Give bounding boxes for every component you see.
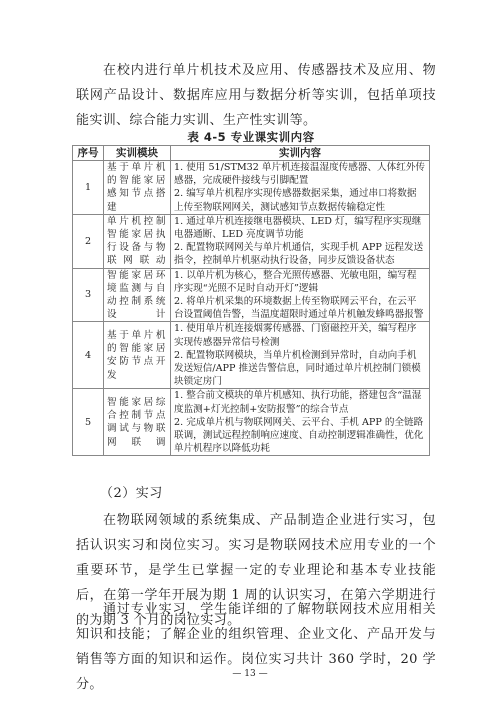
- row-num: 5: [73, 389, 104, 456]
- content-item: 2. 完成单片机与物联网网关、云平台、手机 APP 的全链路联调，测试远程控制响…: [174, 416, 426, 456]
- row-content: 1. 整合前文模块的单片机感知、执行功能，搭建包含“温湿度监测+灯光控制+安防报…: [171, 389, 430, 456]
- row-num: 1: [73, 161, 104, 215]
- content-item: 2. 编写单片机程序实现传感器数据采集，通过串口将数据上传至物联网网关，测试感知…: [174, 187, 426, 213]
- training-content-table: 序号 实训模块 实训内容 1 基于单片机的智能家居感知节点搭建 1. 使用 51…: [72, 145, 430, 456]
- table-header-row: 序号 实训模块 实训内容: [73, 146, 430, 161]
- row-module: 单片机控制智能家居执行设备与物联网联动: [104, 214, 171, 268]
- content-item: 2. 配置物联网网关与单片机通信，实现手机 APP 远程发送指令，控制单片机驱动…: [174, 241, 426, 267]
- row-num: 3: [73, 268, 104, 322]
- row-num: 4: [73, 322, 104, 389]
- row-content: 1. 以单片机为核心，整合光照传感器、光敏电阻，编写程序实现“光照不足时自动开灯…: [171, 268, 430, 322]
- content-item: 1. 使用单片机连接烟雾传感器、门窗磁控开关，编写程序实现传感器异常信号检测: [174, 322, 426, 348]
- header-num: 序号: [73, 146, 104, 161]
- table-row: 3 智能家居环境监测与自动控制系统设计 1. 以单片机为核心，整合光照传感器、光…: [73, 268, 430, 322]
- row-num: 2: [73, 214, 104, 268]
- row-module: 智能家居环境监测与自动控制系统设计: [104, 268, 171, 322]
- row-content: 1. 通过单片机连接继电器模块、LED 灯，编写程序实现继电器通断、LED 亮度…: [171, 214, 430, 268]
- table-row: 5 智能家居综合控制节点调试与物联网联调 1. 整合前文模块的单片机感知、执行功…: [73, 389, 430, 456]
- content-item: 1. 通过单片机连接继电器模块、LED 灯，编写程序实现继电器通断、LED 亮度…: [174, 215, 426, 241]
- content-item: 1. 整合前文模块的单片机感知、执行功能，搭建包含“温湿度监测+灯光控制+安防报…: [174, 389, 426, 415]
- row-module: 基于单片机的智能家居感知节点搭建: [104, 161, 171, 215]
- table-row: 1 基于单片机的智能家居感知节点搭建 1. 使用 51/STM32 单片机连接温…: [73, 161, 430, 215]
- row-content: 1. 使用单片机连接烟雾传感器、门窗磁控开关，编写程序实现传感器异常信号检测 2…: [171, 322, 430, 389]
- table-caption: 表 4-5 专业课实训内容: [72, 129, 430, 145]
- row-content: 1. 使用 51/STM32 单片机连接温湿度传感器、人体红外传感器，完成硬件接…: [171, 161, 430, 215]
- section-subheading: （2）实习: [100, 482, 163, 501]
- internship-paragraph-2: 通过专业实习，学生能详细的了解物联网技术应用相关知识和技能；了解企业的组织管理、…: [76, 597, 436, 697]
- content-item: 2. 配置物联网模块，当单片机检测到异常时，自动向手机发送短信/APP 推送告警…: [174, 349, 426, 389]
- content-item: 1. 以单片机为核心，整合光照传感器、光敏电阻，编写程序实现“光照不足时自动开灯…: [174, 269, 426, 295]
- page-number: — 13 —: [0, 669, 500, 679]
- table-row: 4 基于单片机的智能家居安防节点开发 1. 使用单片机连接烟雾传感器、门窗磁控开…: [73, 322, 430, 389]
- content-item: 1. 使用 51/STM32 单片机连接温湿度传感器、人体红外传感器，完成硬件接…: [174, 161, 426, 187]
- intro-paragraph: 在校内进行单片机技术及应用、传感器技术及应用、物联网产品设计、数据库应用与数据分…: [76, 58, 436, 133]
- header-module: 实训模块: [104, 146, 171, 161]
- row-module: 智能家居综合控制节点调试与物联网联调: [104, 389, 171, 456]
- row-module: 基于单片机的智能家居安防节点开发: [104, 322, 171, 389]
- table-row: 2 单片机控制智能家居执行设备与物联网联动 1. 通过单片机连接继电器模块、LE…: [73, 214, 430, 268]
- content-item: 2. 将单片机采集的环境数据上传至物联网云平台，在云平台设置阈值告警，当温度超限…: [174, 295, 426, 321]
- header-content: 实训内容: [171, 146, 430, 161]
